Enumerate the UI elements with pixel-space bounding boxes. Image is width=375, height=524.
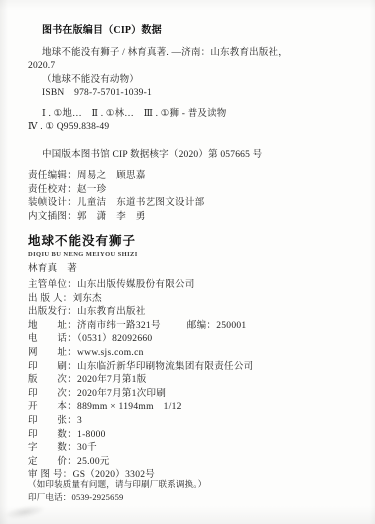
colophon-row-publisher-person: 出 版 人：刘东杰 [28, 293, 358, 307]
postal-code-label: 邮编： [187, 321, 216, 331]
colophon-value: 889mm × 1194mm 1/12 [77, 402, 182, 412]
printer-phone: 印厂电话：0539-2925659 [28, 491, 206, 504]
cip-block: 图书在版编目（CIP）数据 地球不能没有狮子 / 林育真著. —济南：山东教育出… [42, 24, 362, 135]
colophon-block: 地球不能没有狮子 DIQIU BU NENG MEIYOU SHIZI 林育真 … [28, 234, 358, 483]
credits-row: 装帧设计：儿童洁 东道书艺图文设计部 [28, 197, 204, 211]
credit-label: 内文插图： [28, 212, 77, 222]
colophon-row-website: 网 址：www.sjs.com.cn [28, 347, 358, 361]
colophon-value: 2020年7月第1版 [77, 375, 147, 385]
colophon-label: 开 本： [28, 402, 77, 412]
credits-block: 责任编辑：周易之 顾思嘉 责任校对：赵一珍 装帧设计：儿童洁 东道书艺图文设计部… [28, 170, 204, 224]
colophon-value: 25.00元 [77, 457, 110, 467]
colophon-value: 济南市纬一路321号 [77, 321, 161, 331]
colophon-row-printer: 印 刷：山东临沂新华印刷物流集团有限责任公司 [28, 361, 358, 375]
colophon-label: 出 版 人： [28, 294, 73, 304]
cip-entry-line-1: 地球不能没有狮子 / 林育真著. —济南：山东教育出版社， [42, 47, 362, 61]
colophon-label: 印 张： [28, 416, 77, 426]
colophon-label: 网 址： [28, 348, 77, 358]
credit-label: 责任编辑： [28, 171, 77, 181]
colophon-row-address: 地 址：济南市纬一路321号邮编：250001 [28, 320, 358, 334]
credits-row: 责任校对：赵一珍 [28, 184, 204, 198]
cip-entry-line-2: 2020.7 [28, 60, 362, 74]
credit-value: 赵一珍 [77, 185, 106, 195]
credit-value: 周易之 顾思嘉 [77, 171, 146, 181]
isbn-line: ISBN 978-7-5701-1039-1 [42, 87, 362, 101]
colophon-row-word-count: 字 数：30千 [28, 442, 358, 456]
colophon-label: 印 次： [28, 389, 77, 399]
colophon-label: 字 数： [28, 443, 77, 453]
credits-row: 责任编辑：周易之 顾思嘉 [28, 170, 204, 184]
colophon-row-format: 开 本：889mm × 1194mm 1/12 [28, 401, 358, 415]
colophon-value: 3 [77, 416, 82, 426]
colophon-label: 定 价： [28, 457, 77, 467]
footer-block: （如印装质量有问题，请与印刷厂联系调换。） 印厂电话：0539-2925659 [28, 478, 206, 503]
book-title: 地球不能没有狮子 [28, 234, 358, 248]
colophon-row-supervisor: 主管单位：山东出版传媒股份有限公司 [28, 279, 358, 293]
credit-label: 装帧设计： [28, 198, 77, 208]
colophon-row-publisher: 出版发行：山东教育出版社 [28, 306, 358, 320]
spacer [42, 101, 362, 108]
colophon-value: 山东临沂新华印刷物流集团有限责任公司 [77, 362, 253, 372]
colophon-row-print-run: 印 数：1-8000 [28, 429, 358, 443]
colophon-value: 山东教育出版社 [77, 307, 146, 317]
credit-label: 责任校对： [28, 185, 77, 195]
copyright-page: 图书在版编目（CIP）数据 地球不能没有狮子 / 林育真著. —济南：山东教育出… [0, 0, 375, 524]
colophon-value: 2020年7月第1次印刷 [77, 389, 166, 399]
credits-row: 内文插图：郭 潇 李 勇 [28, 211, 204, 225]
colophon-value: 30千 [77, 443, 97, 453]
colophon-value: www.sjs.com.cn [77, 348, 144, 358]
colophon-label: 主管单位： [28, 280, 77, 290]
colophon-label: 出版发行： [28, 307, 77, 317]
colophon-value: 1-8000 [77, 430, 106, 440]
colophon-value: 刘东杰 [73, 294, 102, 304]
classification-line-1: Ⅰ . ①地… Ⅱ . ①林… Ⅲ . ①狮 - 普及读物 [42, 108, 362, 122]
cip-header: 图书在版编目（CIP）数据 [42, 24, 362, 38]
cip-series-note: （地球不能没有动物） [42, 74, 362, 88]
scan-smudge [3, 502, 46, 521]
colophon-rows: 主管单位：山东出版传媒股份有限公司 出 版 人：刘东杰 出版发行：山东教育出版社… [28, 279, 358, 483]
book-author: 林育真 著 [28, 262, 358, 276]
colophon-row-impression: 印 次：2020年7月第1次印刷 [28, 388, 358, 402]
colophon-label: 印 数： [28, 430, 77, 440]
colophon-row-sheets: 印 张：3 [28, 415, 358, 429]
colophon-label: 版 次： [28, 375, 77, 385]
colophon-label: 地 址： [28, 321, 77, 331]
postal-code-value: 250001 [216, 321, 246, 331]
colophon-row-price: 定 价：25.00元 [28, 456, 358, 470]
colophon-label: 电 话： [28, 334, 77, 344]
quality-note: （如印装质量有问题，请与印刷厂联系调换。） [28, 478, 206, 491]
book-title-pinyin: DIQIU BU NENG MEIYOU SHIZI [28, 249, 358, 260]
classification-line-2: Ⅳ . ① Q959.838-49 [28, 121, 362, 135]
credit-value: 郭 潇 李 勇 [77, 212, 146, 222]
credit-value: 儿童洁 东道书艺图文设计部 [77, 198, 204, 208]
colophon-row-edition: 版 次：2020年7月第1版 [28, 374, 358, 388]
colophon-label: 印 刷： [28, 362, 77, 372]
colophon-row-phone: 电 话：（0531）82092660 [28, 333, 358, 347]
colophon-value: 山东出版传媒股份有限公司 [77, 280, 195, 290]
colophon-value: （0531）82092660 [77, 334, 152, 344]
cip-registration: 中国版本图书馆 CIP 数据核字（2020）第 057665 号 [42, 146, 262, 160]
